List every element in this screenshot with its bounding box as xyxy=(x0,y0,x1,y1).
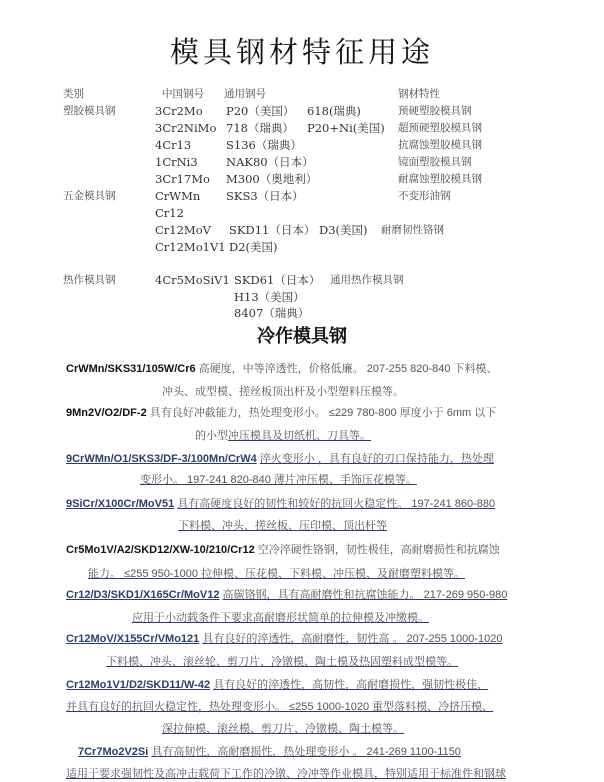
row-common-grade: M300（奥地利） xyxy=(226,171,317,187)
row-common-grade: NAK80（日本） xyxy=(226,154,314,170)
row-common-grade: SKD61（日本） xyxy=(234,272,320,288)
steel-entry-line: Cr12MoV/X155Cr/VMo121 具有良好的淬透性，高耐磨性，韧性高 … xyxy=(66,631,503,647)
steel-model-link[interactable]: Cr12MoV/X155Cr/VMo121 xyxy=(66,633,199,645)
steel-entry-line: Cr5Mo1V/A2/SKD12/XW-10/210/Cr12 空冷淬硬性铬钢，… xyxy=(66,542,500,558)
steel-entry-line: 冲头、成型模、搓丝板顶出杆及小型塑料压模等。 xyxy=(162,384,404,400)
steel-description: 冲头、成型模、搓丝板顶出杆及小型塑料压模等。 xyxy=(162,386,404,398)
row-common-grade: H13（美国） xyxy=(234,289,305,305)
steel-model: CrWMn/SKS31/105W/Cr6 xyxy=(66,363,196,375)
row-common-grade-2: 618(瑞典) xyxy=(307,103,361,119)
row-common-grade: S136（瑞典） xyxy=(226,137,302,153)
row-category: 塑胶模具钢 xyxy=(63,103,116,119)
steel-description: 适用于要求强韧性及高冲击载荷下工作的冷镦、冷冲等作业模具，特别适用于标准件和钢球 xyxy=(66,768,506,780)
row-common-grade: D2(美国) xyxy=(229,239,278,255)
steel-description: 深拉伸模、滚丝模、剪刀片、冷镦模、陶土模等。 xyxy=(162,723,404,735)
steel-entry-line: 9CrWMn/O1/SKS3/DF-3/100Mn/CrW4 淬火变形小 ，具有… xyxy=(66,451,494,467)
steel-entry-line: 9SiCr/X100Cr/MoV51 具有高硬度良好的韧性和较好的抗回火稳定性。… xyxy=(66,496,495,512)
steel-entry-line: 下料模、冲头、搓丝板、压印模、顶出杆等 xyxy=(178,518,387,534)
row-common-grade: SKD11（日本） xyxy=(229,222,315,238)
row-category: 五金模具钢 xyxy=(63,188,116,204)
header-category: 类别 xyxy=(63,86,84,102)
steel-description: 具有良好的淬透性，高韧性，高耐磨损性，强韧性极佳， xyxy=(213,679,488,691)
steel-entry-line: 下料模、冲头、滚丝轮、剪刀片、冷镦模、陶土模及热固塑料成型模等。 xyxy=(106,654,458,670)
steel-description: 变形小。 197-241 820-840 薄片冲压模、手饰压花模等。 xyxy=(140,474,417,486)
steel-description: 空冷淬硬性铬钢，韧性极佳，高耐磨损性和抗腐蚀 xyxy=(258,544,500,556)
steel-description: 能力。 ≤255 950-1000 拉伸模、压花模、下料模、冲压模、及耐磨塑料模… xyxy=(88,568,465,580)
row-property: 耐腐蚀塑胶模具钢 xyxy=(398,171,482,187)
row-china-grade: 3Cr2Mo xyxy=(155,103,203,119)
steel-description: 并具有良好的抗回火稳定性，热处理变形小。 ≤255 1000-1020 重型落料… xyxy=(66,701,493,713)
steel-description: 下料模、冲头、搓丝板、压印模、顶出杆等 xyxy=(178,520,387,532)
steel-description: 的小型 xyxy=(195,430,228,442)
steel-description: 淬火变形小 ，具有良好的刃口保持能力，热处理 xyxy=(260,453,494,465)
row-common-grade-2: P20+Ni(美国) xyxy=(307,120,385,136)
steel-model-link[interactable]: Cr12Mo1V1/D2/SKD11/W-42 xyxy=(66,679,210,691)
row-property: 镜面塑胶模具钢 xyxy=(398,154,472,170)
row-china-grade: 3Cr2NiMo xyxy=(155,120,216,136)
steel-description: 应用于小动载条件下要求高耐磨形状简单的拉伸模及冲缴模。 xyxy=(132,612,429,624)
steel-description: 具有高硬度良好的韧性和较好的抗回火稳定性。 197-241 860-880 xyxy=(177,498,495,510)
steel-entry-line: 并具有良好的抗回火稳定性，热处理变形小。 ≤255 1000-1020 重型落料… xyxy=(66,699,493,715)
steel-entry-line: CrWMn/SKS31/105W/Cr6 高硬度，中等淬透性，价格低廉。 207… xyxy=(66,361,498,377)
steel-description: 下料模、冲头、滚丝轮、剪刀片、冷镦模、陶土模及热固塑料成型模等。 xyxy=(106,656,458,668)
row-property: 预硬塑胶模具钢 xyxy=(398,103,472,119)
row-common-grade: 718（瑞典） xyxy=(226,120,294,136)
row-china-grade: 4Cr13 xyxy=(155,137,191,153)
header-property: 钢材特性 xyxy=(398,86,440,102)
steel-description: 具有高韧性，高耐磨损性，热处理变形小 。 241-269 1100-1150 xyxy=(151,746,461,758)
steel-description: 高硬度，中等淬透性，价格低廉。 207-255 820-840 下料模、 xyxy=(199,363,498,375)
row-china-grade: Cr12MoV xyxy=(155,222,211,238)
steel-model-link[interactable]: Cr12/D3/SKD1/X165Cr/MoV12 xyxy=(66,589,219,601)
row-china-grade: 1CrNi3 xyxy=(155,154,198,170)
row-property: 通用热作模具钢 xyxy=(330,272,404,288)
row-property: 不变形油钢 xyxy=(398,188,451,204)
steel-model-link[interactable]: 7Cr7Mo2V2Si xyxy=(78,746,148,758)
steel-model-link[interactable]: 9SiCr/X100Cr/MoV51 xyxy=(66,498,174,510)
section-title: 冷作模具钢 xyxy=(0,322,604,348)
steel-model-link[interactable]: 9CrWMn/O1/SKS3/DF-3/100Mn/CrW4 xyxy=(66,453,257,465)
steel-entry-line: 变形小。 197-241 820-840 薄片冲压模、手饰压花模等。 xyxy=(140,472,417,488)
row-common-grade-2: D3(美国) xyxy=(319,222,368,238)
steel-entry-line: 适用于要求强韧性及高冲击载荷下工作的冷镦、冷冲等作业模具，特别适用于标准件和钢球 xyxy=(66,766,506,782)
document-title: 模具钢材特征用途 xyxy=(0,30,604,71)
row-china-grade: CrWMn xyxy=(155,188,200,204)
row-china-grade: 3Cr17Mo xyxy=(155,171,210,187)
row-common-grade: SKS3（日本） xyxy=(226,188,304,204)
row-category: 热作模具钢 xyxy=(63,272,116,288)
row-china-grade: Cr12 xyxy=(155,205,184,221)
steel-model: Cr5Mo1V/A2/SKD12/XW-10/210/Cr12 xyxy=(66,544,255,556)
row-china-grade: Cr12Mo1V1 xyxy=(155,239,226,255)
row-property: 超预硬塑胶模具钢 xyxy=(398,120,482,136)
steel-entry-line: 9Mn2V/O2/DF-2 具有良好冲截能力，热处理变形小。 ≤229 780-… xyxy=(66,405,496,421)
steel-entry-line: 7Cr7Mo2V2Si 具有高韧性，高耐磨损性，热处理变形小 。 241-269… xyxy=(78,744,461,760)
steel-description: 具有良好的淬透性，高耐磨性，韧性高 。 207-255 1000-1020 xyxy=(202,633,502,645)
steel-description: 高碳铬钢，具有高耐磨性和抗腐蚀能力。 217-269 950-980 xyxy=(223,589,508,601)
steel-entry-line: Cr12/D3/SKD1/X165Cr/MoV12 高碳铬钢，具有高耐磨性和抗腐… xyxy=(66,587,507,603)
header-china-grade: 中国钢号 xyxy=(162,86,204,102)
header-common-grade: 通用钢号 xyxy=(224,86,266,102)
steel-description-link[interactable]: 冲压模具及切纸机、刀具等。 xyxy=(228,430,371,442)
row-common-grade: P20（美国） xyxy=(226,103,294,119)
steel-entry-line: 能力。 ≤255 950-1000 拉伸模、压花模、下料模、冲压模、及耐磨塑料模… xyxy=(88,566,465,582)
steel-description: 具有良好冲截能力，热处理变形小。 ≤229 780-800 厚度小于 6mm 以… xyxy=(150,407,496,419)
steel-entry-line: 深拉伸模、滚丝模、剪刀片、冷镦模、陶土模等。 xyxy=(162,721,404,737)
row-common-grade: 8407（瑞典） xyxy=(234,305,309,321)
steel-entry-line: 的小型冲压模具及切纸机、刀具等。 xyxy=(195,428,371,444)
row-china-grade: 4Cr5MoSiV1 xyxy=(155,272,230,288)
steel-entry-line: Cr12Mo1V1/D2/SKD11/W-42 具有良好的淬透性，高韧性，高耐磨… xyxy=(66,677,488,693)
steel-model: 9Mn2V/O2/DF-2 xyxy=(66,407,147,419)
steel-entry-line: 应用于小动载条件下要求高耐磨形状简单的拉伸模及冲缴模。 xyxy=(132,610,429,626)
row-property: 耐磨韧性铬钢 xyxy=(381,222,444,238)
row-property: 抗腐蚀塑胶模具钢 xyxy=(398,137,482,153)
